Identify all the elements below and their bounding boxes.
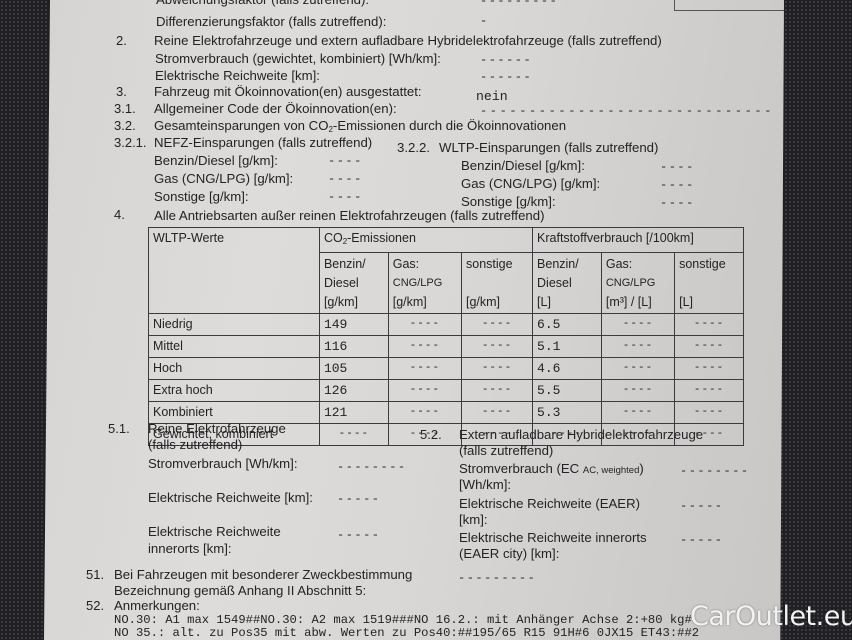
watermark-logo: CarOutlet.eu	[690, 601, 852, 632]
table-row: Hoch105--------4.6--------	[149, 358, 744, 380]
table-cell: ----	[388, 314, 461, 336]
table-cell: ----	[601, 402, 674, 424]
section-5-1-number: 5.1.	[108, 421, 130, 436]
section-5-1-subtitle: (falls zutreffend)	[148, 437, 242, 452]
section-3-1-number: 3.1.	[114, 101, 136, 116]
phev-eaer-label-2: [km]:	[459, 512, 488, 527]
table-cell: 5.3	[533, 402, 602, 424]
row-label: Niedrig	[149, 314, 320, 336]
abweichungsfaktor-value: ---------	[480, 0, 558, 9]
table-cell: ----	[601, 336, 674, 358]
section-5-1-title: Reine Elektrofahrzeuge	[148, 421, 286, 436]
column-header: sonstige [L]	[675, 253, 744, 314]
wltp-sonstige-label: Sonstige [g/km]:	[461, 194, 556, 209]
abweichungsfaktor-label: Abweichungsfaktor (falls zutreffend):	[156, 0, 369, 7]
table-cell: 6.5	[533, 314, 602, 336]
phev-city-value: -----	[680, 533, 724, 548]
column-header: Benzin/Diesel[g/km]	[319, 253, 388, 314]
section-2-title: Reine Elektrofahrzeuge und extern auflad…	[154, 33, 662, 48]
document-page: Abweichungsfaktor (falls zutreffend): --…	[44, 0, 784, 640]
table-cell: 105	[319, 358, 388, 380]
section-3-number: 3.	[116, 84, 127, 99]
nefz-gas-label: Gas (CNG/LPG) [g/km]:	[154, 171, 293, 186]
section-3-2-number: 3.2.	[114, 118, 136, 133]
wltp-benzin-label: Benzin/Diesel [g/km]:	[461, 158, 585, 173]
co2-group-header: CO2-Emissionen	[319, 228, 532, 253]
table-cell: ----	[675, 336, 744, 358]
nefz-sonstige-label: Sonstige [g/km]:	[154, 189, 249, 204]
table-cell: 149	[319, 314, 388, 336]
section-3-1-label: Allgemeiner Code der Ökoinnovation(en):	[154, 101, 397, 116]
table-cell: ----	[675, 402, 744, 424]
section-3-2-1-title: NEFZ-Einsparungen (falls zutreffend)	[154, 135, 372, 150]
ev-innerorts-label-1: Elektrische Reichweite	[148, 524, 281, 539]
section-51-number: 51.	[86, 567, 104, 582]
table-cell: ----	[601, 380, 674, 402]
section-52-label: Anmerkungen:	[114, 598, 200, 613]
table-row: Extra hoch126--------5.5--------	[149, 380, 744, 402]
wltp-values-table: WLTP-Werte CO2-Emissionen Kraftstoffverb…	[148, 227, 744, 446]
table-cell: 126	[319, 380, 388, 402]
nefz-benzin-label: Benzin/Diesel [g/km]:	[154, 153, 278, 168]
differenzierungsfaktor-label: Differenzierungsfaktor (falls zutreffend…	[156, 14, 386, 29]
phev-strom-label-1: Stromverbrauch (EC AC, weighted)	[459, 461, 644, 478]
section-51-value: ---------	[458, 571, 536, 586]
table-cell: ----	[388, 402, 461, 424]
table-cell: ----	[388, 336, 461, 358]
section-3-1-value: ------------------------------	[480, 104, 774, 119]
table-cell: ----	[462, 402, 533, 424]
table-cell: ----	[675, 314, 744, 336]
table-cell: ----	[601, 314, 674, 336]
top-box	[674, 0, 786, 11]
ev-innerorts-value: -----	[337, 528, 381, 543]
section-5-2-number: 5.2.	[420, 427, 442, 442]
table-cell: ----	[462, 314, 533, 336]
section-2-number: 2.	[116, 33, 127, 48]
table-cell: 4.6	[533, 358, 602, 380]
background-fabric-left	[0, 0, 48, 640]
section-5-2-title: Extern aufladbare Hybridelektrofahrzeuge	[459, 427, 703, 442]
table-cell: 5.1	[533, 336, 602, 358]
section-51-label-1: Bei Fahrzeugen mit besonderer Zweckbesti…	[114, 567, 412, 582]
column-header: sonstige [g/km]	[462, 253, 533, 314]
wltp-gas-value: ----	[660, 178, 695, 193]
section-3-2-2-number: 3.2.2.	[397, 140, 430, 155]
phev-strom-label-2: [Wh/km]:	[459, 477, 511, 492]
ev-reichweite-value: -----	[337, 492, 381, 507]
row-label: Extra hoch	[149, 380, 320, 402]
section-3-value: nein	[476, 89, 508, 104]
phev-city-label-2: (EAER city) [km]:	[459, 546, 559, 561]
phev-strom-value: --------	[680, 464, 750, 479]
column-header: Benzin/Diesel[L]	[533, 253, 602, 314]
table-corner-header: WLTP-Werte	[149, 228, 320, 314]
table-cell: ----	[319, 424, 388, 446]
table-cell: 121	[319, 402, 388, 424]
phev-eaer-label-1: Elektrische Reichweite (EAER)	[459, 496, 640, 511]
nefz-sonstige-value: ----	[328, 190, 363, 205]
table-cell: 116	[319, 336, 388, 358]
wltp-gas-label: Gas (CNG/LPG) [g/km]:	[461, 176, 600, 191]
wltp-sonstige-value: ----	[660, 196, 695, 211]
nefz-benzin-value: ----	[328, 154, 363, 169]
section-3-2-2-title: WLTP-Einsparungen (falls zutreffend)	[439, 140, 658, 155]
remarks-line-2: NO 35.: alt. zu Pos35 mit abw. Werten zu…	[114, 626, 699, 640]
table-cell: ----	[675, 358, 744, 380]
ev-reichweite-label: Elektrische Reichweite [km]:	[148, 490, 313, 505]
section-4-number: 4.	[114, 207, 125, 222]
section-4-title: Alle Antriebsarten außer reinen Elektrof…	[154, 208, 544, 223]
row-label: Hoch	[149, 358, 320, 380]
section-51-label-2: Bezeichnung gemäß Anhang II Abschnitt 5:	[114, 583, 366, 598]
section-2-reichweite-label: Elektrische Reichweite [km]:	[155, 68, 320, 83]
table-row: Mittel116--------5.1--------	[149, 336, 744, 358]
column-header: Gas:CNG/LPG[m³] / [L]	[601, 253, 674, 314]
table-cell: ----	[388, 380, 461, 402]
ev-strom-label: Stromverbrauch [Wh/km]:	[148, 456, 298, 471]
nefz-gas-value: ----	[328, 172, 363, 187]
background-fabric-right	[780, 0, 852, 640]
table-cell: ----	[388, 358, 461, 380]
section-52-number: 52.	[86, 598, 104, 613]
differenzierungsfaktor-value: -	[480, 14, 489, 29]
ev-strom-value: --------	[337, 460, 407, 475]
ev-innerorts-label-2: innerorts [km]:	[148, 541, 232, 556]
row-label: Mittel	[149, 336, 320, 358]
section-5-2-subtitle: (falls zutreffend)	[459, 443, 553, 458]
phev-city-label-1: Elektrische Reichweite innerorts	[459, 530, 647, 545]
table-cell: ----	[462, 336, 533, 358]
table-cell: ----	[601, 358, 674, 380]
section-3-label: Fahrzeug mit Ökoinnovation(en) ausgestat…	[154, 84, 422, 99]
section-2-strom-value: ------	[480, 53, 532, 68]
fuel-group-header: Kraftstoffverbrauch [/100km]	[533, 228, 744, 253]
table-cell: ----	[462, 358, 533, 380]
table-cell: ----	[675, 380, 744, 402]
section-2-strom-label: Stromverbrauch (gewichtet, kombiniert) […	[155, 51, 441, 66]
section-2-reichweite-value: ------	[480, 70, 532, 85]
column-header: Gas:CNG/LPG[g/km]	[388, 253, 461, 314]
section-3-2-1-number: 3.2.1.	[114, 135, 147, 150]
wltp-benzin-value: ----	[660, 160, 695, 175]
phev-eaer-value: -----	[680, 499, 724, 514]
table-row: Niedrig149--------6.5--------	[149, 314, 744, 336]
table-cell: ----	[462, 380, 533, 402]
table-cell: 5.5	[533, 380, 602, 402]
